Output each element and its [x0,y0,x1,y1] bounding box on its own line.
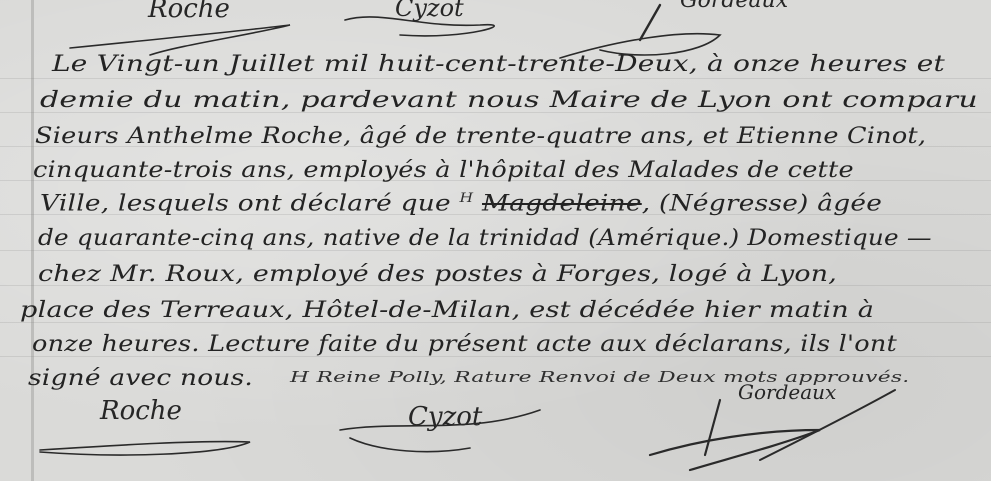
record-line-9: onze heures. Lecture faite du présent ac… [32,332,897,357]
top-signature-gordeaux: Gordeaux [680,0,788,13]
top-signature-cyzot: Cyzot [395,0,464,22]
bottom-signature-roche: Roche [100,396,182,426]
record-line-5-end: , (Négresse) âgée [642,191,882,216]
superscript-mark: H [460,191,474,206]
margin-line [31,0,34,481]
record-line-3: Sieurs Anthelme Roche, âgé de trente-qua… [35,124,926,149]
record-line-5: Ville, lesquels ont déclaré que H Magdel… [40,191,882,216]
bottom-signature-cyzot: Cyzot [408,402,482,432]
record-line-10: signé avec nous. [28,366,253,391]
record-line-6: de quarante-cinq ans, native de la trini… [38,226,932,251]
record-line-4: cinquante-trois ans, employés à l'hôpita… [33,158,854,183]
top-signature-roche: Roche [148,0,230,24]
struck-name: Magdeleine [482,191,642,216]
bottom-signature-gordeaux: Gordeaux [738,380,836,404]
record-line-1: Le Vingt-un Juillet mil huit-cent-trente… [52,52,945,77]
record-line-8: place des Terreaux, Hôtel-de-Milan, est … [20,298,874,323]
record-line-5-start: Ville, lesquels ont déclaré que [40,191,451,216]
ruled-line [0,78,991,79]
record-line-2: demie du matin, pardevant nous Maire de … [40,88,978,113]
record-line-7: chez Mr. Roux, employé des postes à Forg… [38,262,837,287]
document-page: Roche Cyzot Gordeaux Le Vingt-un Juillet… [0,0,991,481]
